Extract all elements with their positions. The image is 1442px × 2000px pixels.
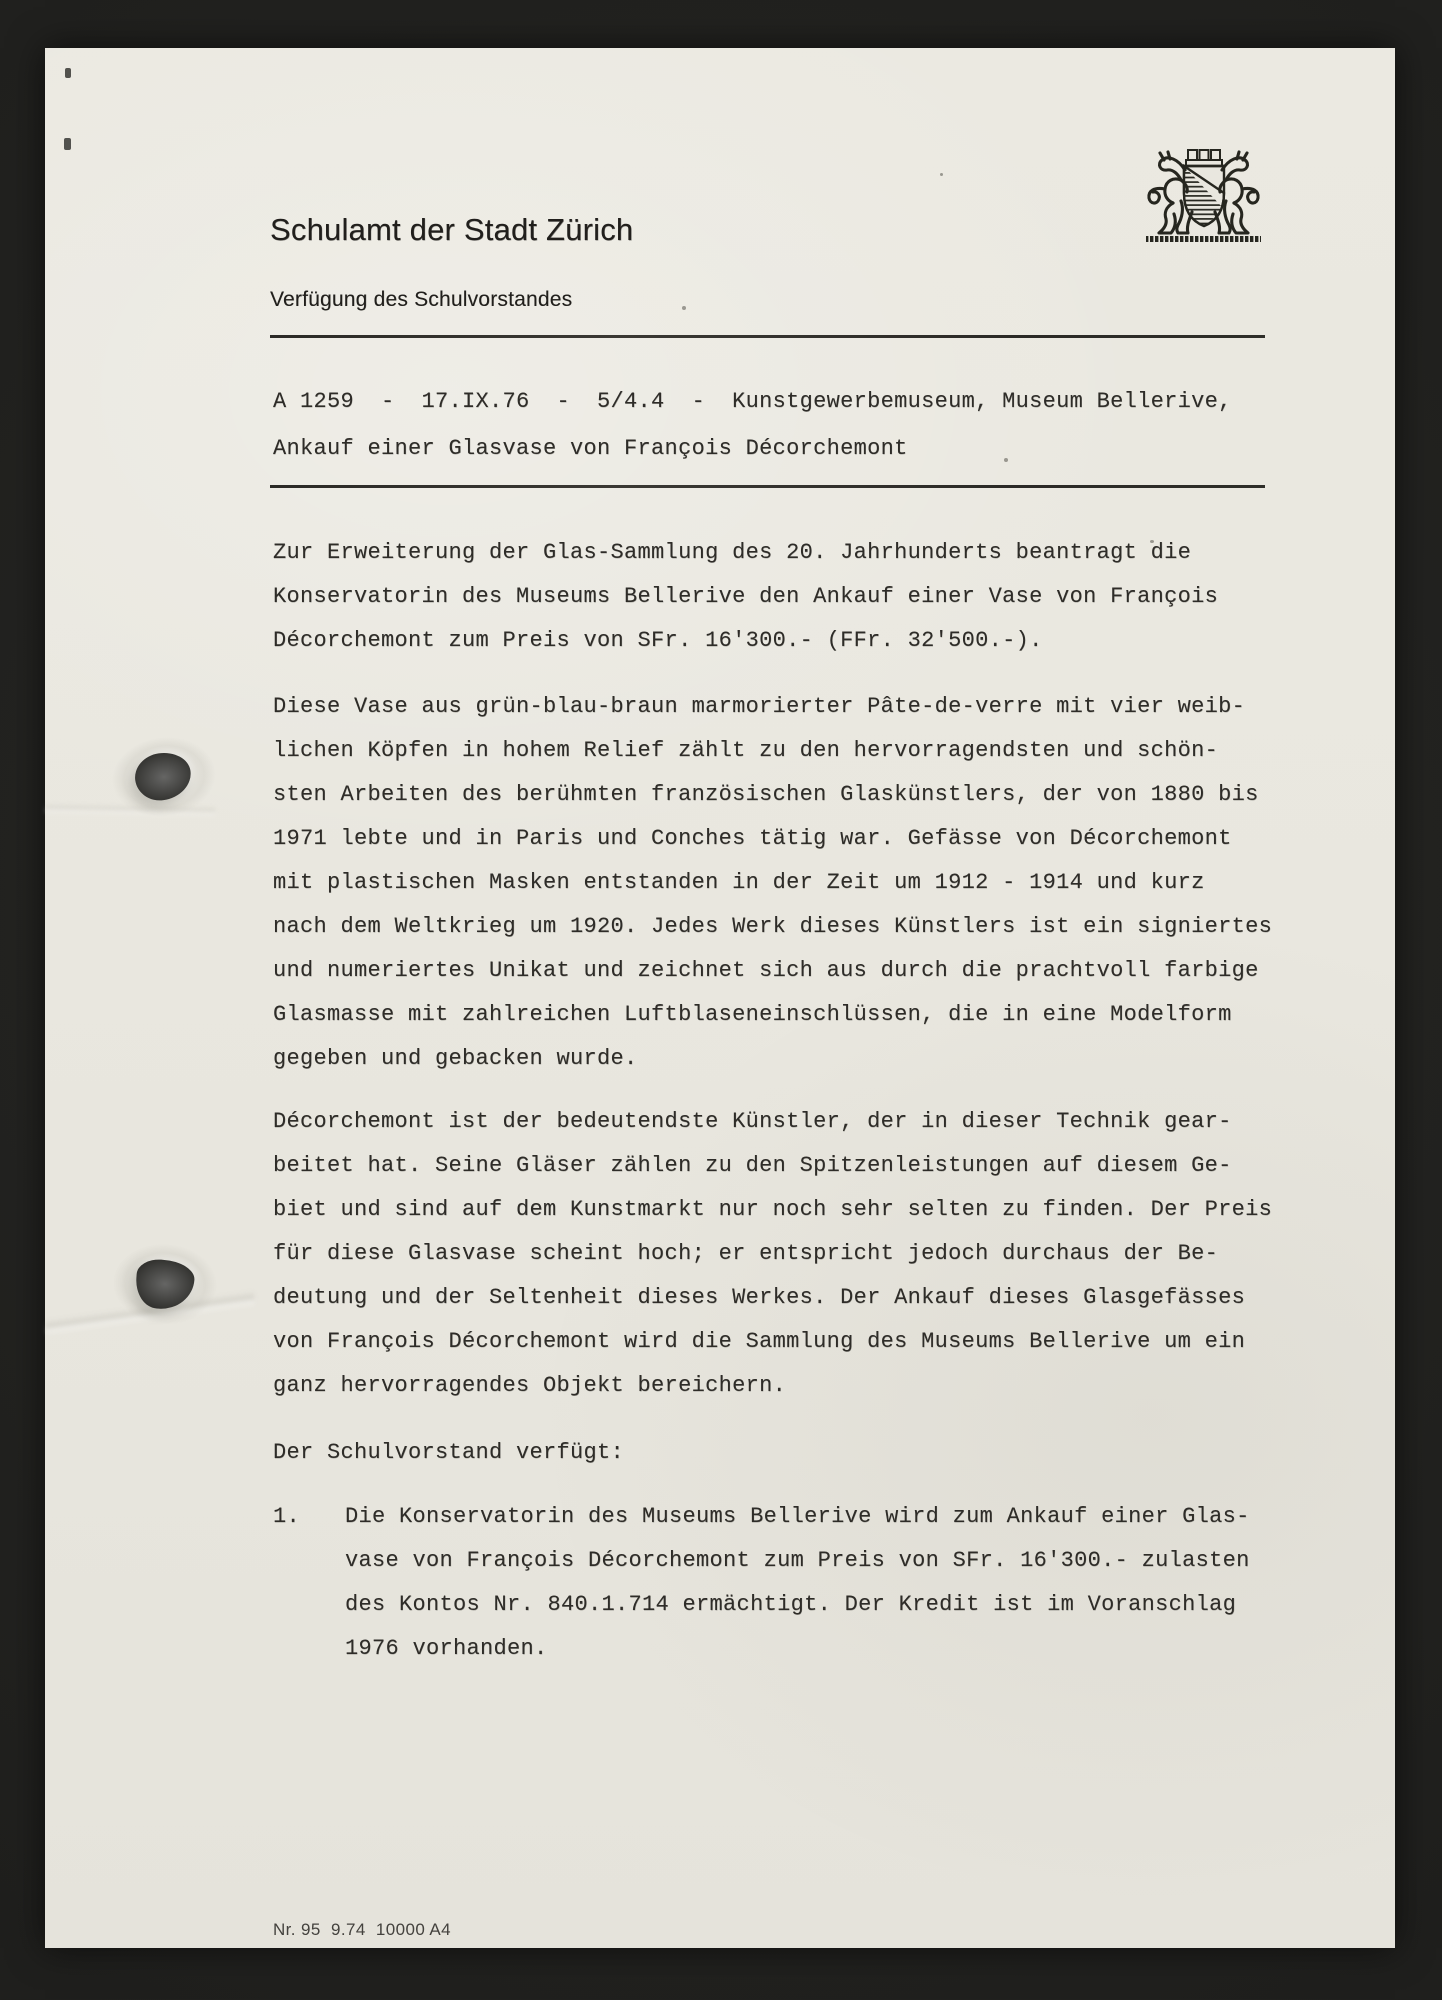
body-paragraph-3: Décorchemont ist der bedeutendste Künstl…: [273, 1100, 1318, 1408]
document-type-label: Verfügung des Schulvorstandes: [270, 288, 572, 312]
document-page: Schulamt der Stadt Zürich Verfügung des …: [45, 48, 1395, 1948]
paper-speck: [65, 68, 71, 78]
body-paragraph-2: Diese Vase aus grün-blau-braun marmorier…: [273, 685, 1318, 1081]
dust-dot: [682, 306, 686, 310]
dust-dot: [940, 173, 943, 176]
divider-line: [270, 335, 1265, 338]
decision-item-1: 1. Die Konservatorin des Museums Belleri…: [273, 1495, 1333, 1671]
item-text: Die Konservatorin des Museums Bellerive …: [345, 1495, 1333, 1671]
office-name: Schulamt der Stadt Zürich: [270, 212, 633, 248]
form-number: Nr. 95 9.74 10000 A4: [273, 1920, 451, 1940]
punch-hole: [134, 1258, 195, 1311]
item-number: 1.: [273, 1495, 345, 1671]
scan-background: Schulamt der Stadt Zürich Verfügung des …: [0, 0, 1442, 2000]
dust-dot: [1150, 540, 1154, 543]
zurich-coat-of-arms-icon: [1140, 143, 1267, 245]
decision-heading: Der Schulvorstand verfügt:: [273, 1431, 624, 1475]
paper-speck: [64, 138, 71, 150]
body-paragraph-1: Zur Erweiterung der Glas-Sammlung des 20…: [273, 531, 1318, 663]
reference-line: A 1259 - 17.IX.76 - 5/4.4 - Kunstgewerbe…: [273, 378, 1333, 472]
punch-hole: [132, 749, 194, 803]
dust-dot: [1004, 458, 1008, 462]
divider-line: [270, 485, 1265, 488]
